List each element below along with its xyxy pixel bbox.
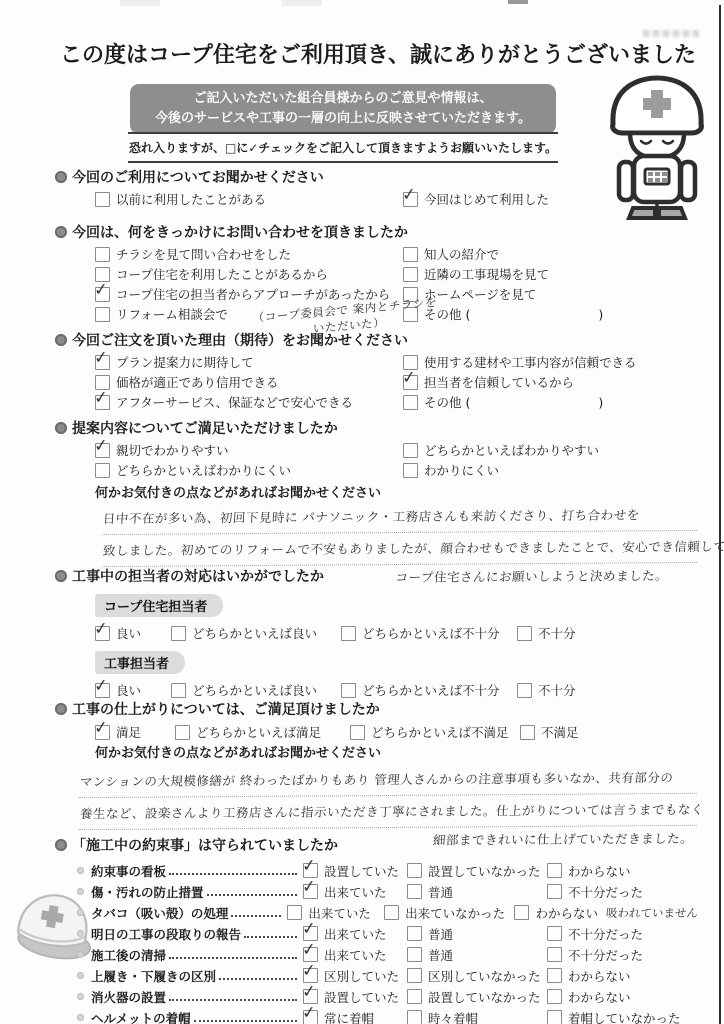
checkbox-option: ✓どちらかといえばわかりにくい: [95, 460, 291, 480]
checkbox[interactable]: ✓: [95, 247, 110, 262]
option-label: 良い: [116, 624, 141, 642]
checkmark-icon: ✓: [93, 347, 109, 368]
bullet-icon: [55, 226, 67, 238]
option-label: わからない: [568, 862, 631, 880]
checkbox-option: ✓不十分: [517, 623, 576, 643]
options-column-left: ✓以前に利用したことがある: [95, 189, 266, 209]
checkbox[interactable]: ✓: [95, 725, 110, 740]
scan-edge-line: [719, 5, 721, 1024]
scan-artifact: [120, 0, 160, 6]
section-staff-response: 工事中の担当者の対応はいかがでしたか コープ住宅担当者 ✓良い ✓どちらかといえ…: [55, 566, 698, 696]
staff-badge-construction: 工事担当者: [95, 651, 185, 674]
option-label: 価格が適正であり信用できる: [116, 373, 279, 391]
item-bullet-icon: [77, 1014, 84, 1021]
promise-label: 上履き・下履きの区別: [91, 967, 216, 985]
dotted-leader: [194, 1019, 297, 1022]
option-label: わからない: [535, 904, 598, 922]
promise-row: ヘルメットの着帽 ✓常に着帽 ✓時々着帽 ✓着帽していなかった: [55, 1007, 698, 1024]
comment-prompt: 何かお気付きの点などがあればお聞かせください: [95, 482, 698, 501]
option-label: 普通: [428, 925, 453, 943]
checkbox[interactable]: ✓: [95, 443, 110, 458]
checkmark-icon: ✓: [301, 855, 317, 876]
checkbox[interactable]: ✓: [95, 192, 110, 207]
checkbox[interactable]: ✓: [403, 192, 418, 207]
promise-label: 傷・汚れの防止措置: [91, 883, 204, 901]
checkbox[interactable]: ✓: [407, 884, 422, 899]
rating-row: ✓良い ✓どちらかといえば良い ✓どちらかといえば不十分 ✓不十分: [55, 623, 698, 643]
section-heading: 今回ご注文を頂いた理由（期待）をお聞かせください: [55, 330, 698, 350]
checkbox-option: ✓以前に利用したことがある: [95, 189, 266, 209]
checkbox[interactable]: ✓: [514, 905, 529, 920]
checkbox[interactable]: ✓: [403, 463, 418, 478]
option-label: 普通: [428, 946, 453, 964]
option-label: 出来ていた: [324, 946, 387, 964]
checkbox[interactable]: ✓: [517, 683, 532, 698]
checkbox[interactable]: ✓: [547, 1010, 562, 1024]
section-heading: 提案内容についてご満足いただけましたか: [55, 418, 698, 438]
checkmark-icon: ✓: [93, 387, 109, 408]
notice-line1: ご記入いただいた組合員様からのご意見や情報は、: [130, 89, 556, 109]
promise-label: 約束事の看板: [91, 862, 166, 880]
option-label: 設置していた: [324, 988, 399, 1006]
checkbox-option: ✓担当者を信頼しているから: [403, 372, 637, 392]
bullet-icon: [55, 839, 67, 851]
option-label: 普通: [428, 883, 453, 901]
option-label: 常に着帽: [324, 1009, 374, 1024]
section-heading-label: 工事中の担当者の対応はいかがでしたか: [72, 566, 324, 586]
checkmark-icon: ✓: [93, 435, 109, 456]
promise-label: 明日の工事の段取りの報告: [91, 925, 241, 943]
option-label: 設置していた: [324, 862, 399, 880]
checkbox[interactable]: ✓: [350, 725, 365, 740]
checkbox-option: ✓出来ていなかった: [384, 903, 514, 923]
section-heading-label: 今回は、何をきっかけにお問い合わせを頂きましたか: [72, 222, 408, 242]
checkbox-option: ✓常に着帽: [303, 1008, 407, 1024]
options-column-right: ✓使用する建材や工事内容が信頼できる ✓担当者を信頼しているから ✓その他 (): [403, 352, 637, 412]
checkbox-option: ✓どちらかといえば良い: [171, 680, 341, 700]
option-label: 親切でわかりやすい: [116, 441, 229, 459]
option-label: どちらかといえば良い: [192, 681, 317, 699]
item-bullet-icon: [77, 951, 84, 958]
checkbox-option: ✓時々着帽: [407, 1008, 547, 1024]
checkbox-option: ✓どちらかといえば満足: [175, 722, 350, 742]
section-usage: 今回のご利用についてお聞かせください ✓以前に利用したことがある ✓今回はじめて…: [55, 167, 698, 221]
checkbox-option: ✓近隣の工事現場を見て: [403, 264, 603, 284]
checkbox[interactable]: ✓: [95, 463, 110, 478]
checkbox-option: ✓どちらかといえばわかりやすい: [403, 440, 599, 460]
checkbox-option: ✓今回はじめて利用した: [403, 189, 549, 209]
option-label: どちらかといえばわかりやすい: [424, 441, 599, 459]
checkbox-option: ✓わからない: [547, 966, 698, 986]
section-heading: 「施工中の約束事」は守られていましたか: [55, 835, 698, 855]
checkbox-option: ✓満足: [95, 722, 175, 742]
section-heading: 工事中の担当者の対応はいかがでしたか: [55, 566, 698, 586]
section-promises: 「施工中の約束事」は守られていましたか 約束事の看板 ✓設置していた ✓設置して…: [55, 835, 698, 1024]
checkmark-icon: ✓: [301, 960, 317, 981]
bullet-icon: [55, 171, 67, 183]
checkbox-option: ✓プラン提案力に期待して: [95, 352, 353, 372]
checkbox[interactable]: ✓: [403, 247, 418, 262]
option-label: 区別していなかった: [428, 967, 541, 985]
option-label: 区別していた: [324, 967, 399, 985]
checkbox-option: ✓出来ていた: [303, 924, 407, 944]
checkbox-option: ✓出来ていた: [303, 945, 407, 965]
option-label: 満足: [116, 723, 141, 741]
checkbox[interactable]: ✓: [407, 926, 422, 941]
checkbox-option: ✓設置していた: [303, 861, 407, 881]
option-label: 近隣の工事現場を見て: [424, 265, 549, 283]
item-bullet-icon: [77, 930, 84, 937]
item-bullet-icon: [77, 867, 84, 874]
promise-label: 消火器の設置: [91, 988, 166, 1006]
option-label: 知人の紹介で: [424, 245, 499, 263]
dotted-leader: [244, 935, 297, 938]
option-label: どちらかといえば満足: [196, 723, 321, 741]
option-label: どちらかといえば不十分: [362, 681, 500, 699]
option-label: 出来ていなかった: [405, 904, 505, 922]
checkbox-option: ✓普通: [407, 945, 547, 965]
checkbox[interactable]: ✓: [403, 395, 418, 410]
options-column-right: ✓どちらかといえばわかりやすい ✓わかりにくい: [403, 440, 599, 480]
option-label: 設置していなかった: [428, 988, 541, 1006]
dotted-leader: [231, 914, 281, 917]
checkbox[interactable]: ✓: [547, 926, 562, 941]
checkbox-option: ✓わからない: [547, 861, 698, 881]
promise-row: 施工後の清掃 ✓出来ていた ✓普通 ✓不十分だった: [55, 944, 698, 965]
checkbox-option: ✓普通: [407, 882, 547, 902]
item-bullet-icon: [77, 909, 84, 916]
checkmark-icon: ✓: [301, 876, 317, 897]
option-label: どちらかといえば良い: [192, 624, 317, 642]
checkbox[interactable]: ✓: [95, 683, 110, 698]
checkbox-option: ✓どちらかといえば不十分: [341, 623, 517, 643]
option-label: 不満足: [541, 723, 579, 741]
section-trigger: 今回は、何をきっかけにお問い合わせを頂きましたか ✓チラシを見て問い合わせをした…: [55, 222, 698, 330]
option-label: わからない: [568, 967, 631, 985]
dotted-leader: [169, 872, 297, 875]
bullet-icon: [55, 334, 67, 346]
checkbox-option: ✓親切でわかりやすい: [95, 440, 291, 460]
checkbox[interactable]: ✓: [95, 307, 110, 322]
option-label: 着帽していなかった: [568, 1009, 681, 1024]
checkbox[interactable]: ✓: [341, 626, 356, 641]
option-label: リフォーム相談会で: [116, 305, 228, 323]
checkbox-option: ✓良い: [95, 623, 171, 643]
option-label: 時々着帽: [428, 1009, 478, 1024]
promise-label: タバコ（吸い殻）の処理: [91, 904, 228, 922]
checkbox-option: ✓使用する建材や工事内容が信頼できる: [403, 352, 637, 372]
option-label: 不十分: [538, 681, 576, 699]
checkmark-icon: ✓: [401, 367, 417, 388]
option-label: その他 (: [424, 393, 470, 411]
checkbox[interactable]: ✓: [95, 287, 110, 302]
notice-box: ご記入いただいた組合員様からのご意見や情報は、 今後のサービスや工事の一層の向上…: [130, 84, 556, 134]
bullet-icon: [55, 570, 67, 582]
promise-row: 消火器の設置 ✓設置していた ✓設置していなかった ✓わからない: [55, 986, 698, 1007]
promise-row: タバコ（吸い殻）の処理 ✓出来ていた ✓出来ていなかった ✓わからない吸われてい…: [55, 902, 698, 923]
staff-badge-coop: コープ住宅担当者: [95, 594, 223, 617]
checkbox[interactable]: ✓: [407, 968, 422, 983]
checkbox-option-other: ✓その他 (): [403, 392, 637, 412]
section-heading-label: 「施工中の約束事」は守られていましたか: [72, 835, 338, 855]
option-label: どちらかといえば不満足: [371, 723, 509, 741]
checkbox[interactable]: ✓: [175, 725, 190, 740]
option-label: 良い: [116, 681, 141, 699]
checkbox[interactable]: ✓: [303, 1010, 318, 1024]
checkbox-option: ✓普通: [407, 924, 547, 944]
options-column-left: ✓プラン提案力に期待して ✓価格が適正であり信用できる ✓アフターサービス、保証…: [95, 352, 353, 412]
checkmark-icon: ✓: [301, 981, 317, 1002]
option-label: コープ住宅の担当者からアプローチがあったから: [116, 285, 390, 303]
handwritten-note: 吸われていません: [605, 905, 698, 921]
option-label: 出来ていた: [324, 883, 387, 901]
checkbox-option: ✓コープ住宅を利用したことがあるから: [95, 264, 390, 284]
checkbox-option: ✓わからない: [547, 987, 698, 1007]
section-heading-label: 今回のご利用についてお聞かせください: [72, 167, 324, 187]
checkbox-option: ✓設置していなかった: [407, 861, 547, 881]
option-label: 出来ていた: [308, 904, 371, 922]
option-label: プラン提案力に期待して: [116, 353, 254, 371]
checkbox[interactable]: ✓: [547, 884, 562, 899]
option-label-suffix: ): [598, 395, 603, 410]
option-label: コープ住宅を利用したことがあるから: [116, 265, 328, 283]
section-heading: 今回は、何をきっかけにお問い合わせを頂きましたか: [55, 222, 698, 242]
option-label: 出来ていた: [324, 925, 387, 943]
rating-row: ✓満足 ✓どちらかといえば満足 ✓どちらかといえば不満足 ✓不満足: [55, 722, 698, 742]
item-bullet-icon: [77, 972, 84, 979]
option-label: 使用する建材や工事内容が信頼できる: [424, 353, 637, 371]
handwritten-line: 致しました。初めてのリフォームで不安もありましたが、顔合わせもできましたことで、…: [102, 531, 699, 567]
item-bullet-icon: [77, 888, 84, 895]
promise-row: 約束事の看板 ✓設置していた ✓設置していなかった ✓わからない: [55, 860, 698, 881]
handwritten-line: 養生など、設楽さんより工務店さんに指示いただき丁寧にされました。仕上がりについて…: [79, 794, 699, 830]
comment-area-proposal: 何かお気付きの点などがあればお聞かせください 日中不在が多い為、初回下見時に パ…: [55, 482, 698, 568]
option-label: ホームページを見て: [424, 285, 536, 303]
checkbox-option: ✓着帽していなかった: [547, 1008, 698, 1024]
checkbox[interactable]: ✓: [547, 947, 562, 962]
checkbox-option: ✓チラシを見て問い合わせをした: [95, 244, 390, 264]
checkbox-option: ✓出来ていた: [303, 882, 407, 902]
handwritten-line: 日中不在が多い為、初回下見時に パナソニック・工務店さんも来訪くださり、打ち合わ…: [102, 499, 699, 535]
option-label: 不十分だった: [568, 925, 643, 943]
checkmark-icon: ✓: [301, 939, 317, 960]
checkbox-option: ✓不十分だった: [547, 924, 698, 944]
dotted-leader: [207, 893, 297, 896]
promise-row: 上履き・下履きの区別 ✓区別していた ✓区別していなかった ✓わからない: [55, 965, 698, 986]
checkbox[interactable]: ✓: [547, 863, 562, 878]
rating-row: ✓良い ✓どちらかといえば良い ✓どちらかといえば不十分 ✓不十分: [55, 680, 698, 700]
checkbox-option: ✓設置していなかった: [407, 987, 547, 1007]
checkbox[interactable]: ✓: [517, 626, 532, 641]
option-label: 担当者を信頼しているから: [424, 373, 574, 391]
option-label: 不十分だった: [568, 883, 643, 901]
checkmark-icon: ✓: [301, 1002, 317, 1023]
checkbox[interactable]: ✓: [403, 267, 418, 282]
options-column-left: ✓親切でわかりやすい ✓どちらかといえばわかりにくい: [95, 440, 291, 480]
checkbox[interactable]: ✓: [547, 989, 562, 1004]
checkbox[interactable]: ✓: [341, 683, 356, 698]
dotted-leader: [219, 977, 297, 980]
options-column-right: ✓今回はじめて利用した: [403, 189, 549, 209]
section-heading: 今回のご利用についてお聞かせください: [55, 167, 698, 187]
promise-label: 施工後の清掃: [91, 946, 166, 964]
section-finish-satisfaction: 工事の仕上がりについては、ご満足頂けましたか ✓満足 ✓どちらかといえば満足 ✓…: [55, 699, 698, 741]
comment-prompt: 何かお気付きの点などがあればお聞かせください: [95, 742, 698, 761]
item-bullet-icon: [77, 993, 84, 1000]
checkmark-icon: ✓: [93, 675, 109, 696]
checkbox-option: ✓設置していた: [303, 987, 407, 1007]
checkbox-option: ✓良い: [95, 680, 171, 700]
checkbox-option: ✓どちらかといえば不満足: [350, 722, 520, 742]
section-heading: 工事の仕上がりについては、ご満足頂けましたか: [55, 699, 698, 719]
checkbox-option: ✓区別していなかった: [407, 966, 547, 986]
checkbox[interactable]: ✓: [171, 683, 186, 698]
option-label: 設置していなかった: [428, 862, 541, 880]
checkbox[interactable]: ✓: [520, 725, 535, 740]
dotted-leader: [169, 956, 297, 959]
option-label: チラシを見て問い合わせをした: [116, 245, 291, 263]
checkmark-icon: ✓: [301, 918, 317, 939]
checkbox-option: ✓知人の紹介で: [403, 244, 603, 264]
handwritten-line: マンションの大規模修繕が 終わったばかりもあり 管理人さんからの注意事項も多いな…: [79, 762, 699, 798]
option-label: わからない: [568, 988, 631, 1006]
scan-artifact: [282, 0, 322, 6]
checkmark-icon: ✓: [401, 184, 417, 205]
checkbox[interactable]: ✓: [95, 395, 110, 410]
section-heading-label: 工事の仕上がりについては、ご満足頂けましたか: [72, 699, 380, 719]
checkmark-icon: ✓: [93, 279, 109, 300]
checkmark-icon: ✓: [93, 717, 109, 738]
checkbox-option: ✓価格が適正であり信用できる: [95, 372, 353, 392]
checkbox[interactable]: ✓: [384, 905, 399, 920]
option-label: 以前に利用したことがある: [116, 190, 266, 208]
checkbox-option: ✓どちらかといえば不十分: [341, 680, 517, 700]
checkbox-option: ✓不十分だった: [547, 882, 698, 902]
dotted-leader: [169, 998, 297, 1001]
bullet-icon: [55, 422, 67, 434]
option-label: 不十分: [538, 624, 576, 642]
checkbox-option: ✓アフターサービス、保証などで安心できる: [95, 392, 353, 412]
option-label-suffix: ): [598, 307, 603, 322]
promise-row: 明日の工事の段取りの報告 ✓出来ていた ✓普通 ✓不十分だった: [55, 923, 698, 944]
notice-line2: 今後のサービスや工事の一層の向上に反映させていただきます。: [130, 109, 556, 129]
scan-artifact: [643, 30, 699, 37]
checkbox[interactable]: ✓: [407, 989, 422, 1004]
option-label: アフターサービス、保証などで安心できる: [116, 393, 353, 411]
promise-label: ヘルメットの着帽: [91, 1009, 191, 1024]
checkmark-icon: ✓: [93, 618, 109, 639]
section-proposal-satisfaction: 提案内容についてご満足いただけましたか ✓親切でわかりやすい ✓どちらかといえば…: [55, 418, 698, 482]
option-label: 今回はじめて利用した: [424, 190, 549, 208]
checkbox[interactable]: ✓: [407, 947, 422, 962]
checkbox[interactable]: ✓: [407, 1010, 422, 1024]
checkbox[interactable]: ✓: [403, 375, 418, 390]
checkbox[interactable]: ✓: [403, 443, 418, 458]
option-label: どちらかといえばわかりにくい: [116, 461, 291, 479]
option-label: どちらかといえば不十分: [362, 624, 500, 642]
checkbox-option: ✓不十分だった: [547, 945, 698, 965]
survey-form-page: この度はコープ住宅をご利用頂き、誠にありがとうございました ご記入いただいた組合…: [0, 0, 724, 1024]
checkbox[interactable]: ✓: [547, 968, 562, 983]
checkbox-option: ✓不満足: [520, 722, 579, 742]
comment-area-finish: 何かお気付きの点などがあればお聞かせください マンションの大規模修繕が 終わった…: [55, 742, 698, 834]
scan-artifact: [508, 0, 528, 4]
checkbox[interactable]: ✓: [171, 626, 186, 641]
checkbox-option: ✓わかりにくい: [403, 460, 599, 480]
checkbox[interactable]: ✓: [287, 905, 302, 920]
checkbox-option: ✓どちらかといえば良い: [171, 623, 341, 643]
checkbox-option: ✓不十分: [517, 680, 576, 700]
page-title: この度はコープ住宅をご利用頂き、誠にありがとうございました: [60, 38, 705, 69]
option-label: 不十分だった: [568, 946, 643, 964]
checkbox-option: ✓わからない吸われていません: [514, 903, 698, 923]
checkbox-option: ✓区別していた: [303, 966, 407, 986]
checkbox[interactable]: ✓: [303, 884, 318, 899]
promise-row: 傷・汚れの防止措置 ✓出来ていた ✓普通 ✓不十分だった: [55, 881, 698, 902]
section-order-reason: 今回ご注文を頂いた理由（期待）をお聞かせください ✓プラン提案力に期待して ✓価…: [55, 330, 698, 418]
checkbox[interactable]: ✓: [407, 863, 422, 878]
checkbox[interactable]: ✓: [95, 355, 110, 370]
option-label: わかりにくい: [424, 461, 499, 479]
bullet-icon: [55, 703, 67, 715]
section-heading-label: 今回ご注文を頂いた理由（期待）をお聞かせください: [72, 330, 408, 350]
check-instruction: 恐れ入りますが、□に✓チェックをご記入して頂きますようお願いいたします。: [128, 132, 558, 163]
section-heading-label: 提案内容についてご満足いただけましたか: [72, 418, 338, 438]
checkbox[interactable]: ✓: [95, 626, 110, 641]
